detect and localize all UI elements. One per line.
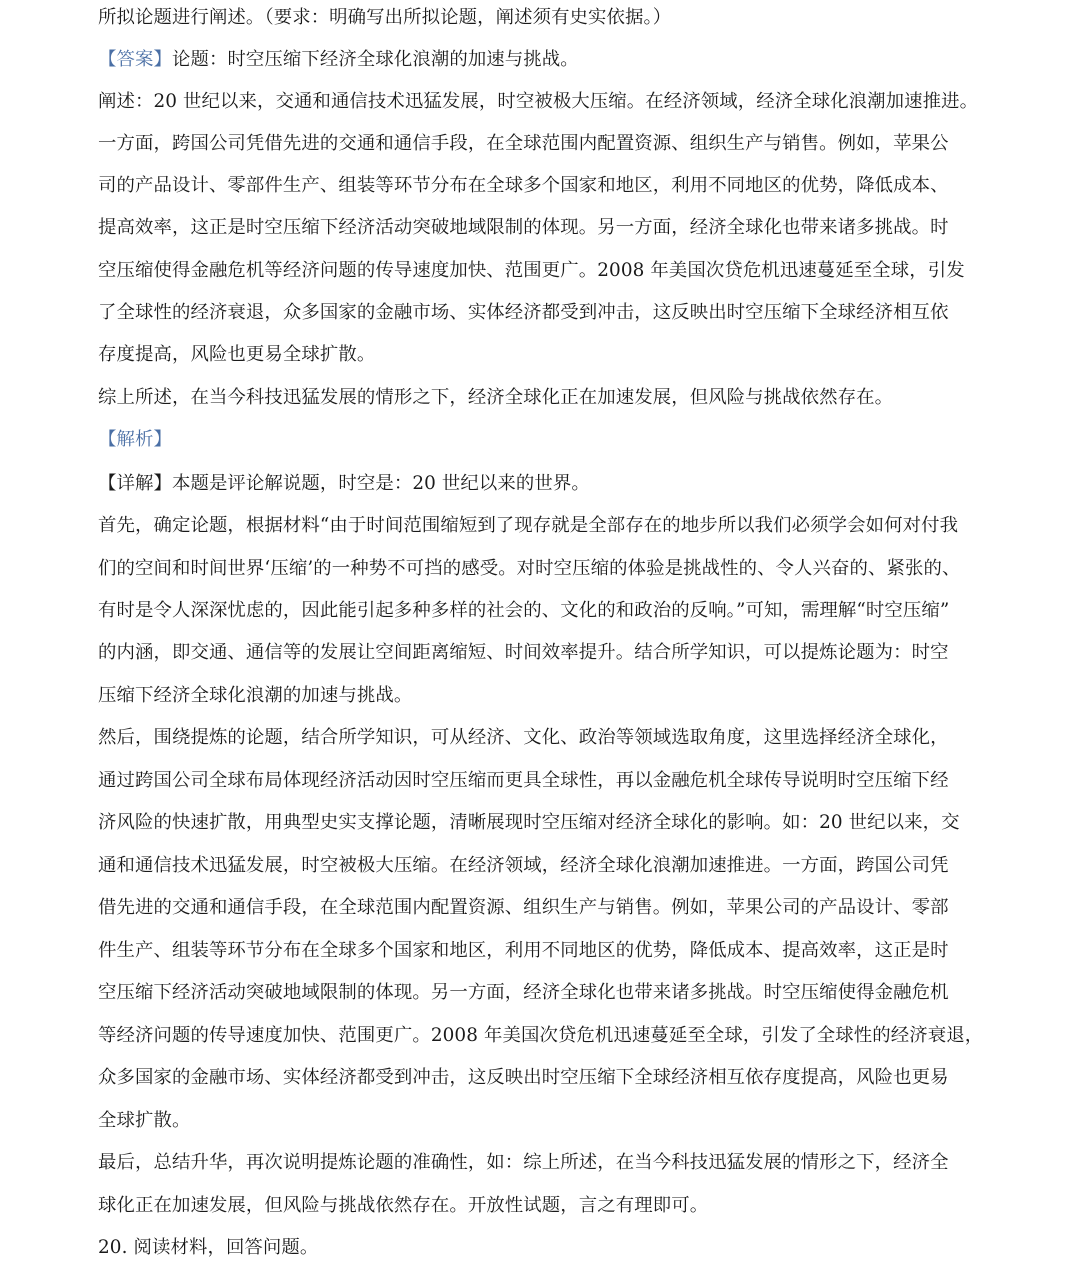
body-text: 综上所述，在当今科技迅猛发展的情形之下，经济全球化正在加速发展，但风险与挑战依然… <box>98 387 893 408</box>
body-text: 借先进的交通和通信手段，在全球范围内配置资源、组织生产与销售。例如，苹果公司的产… <box>98 897 949 918</box>
body-text: 们的空间和时间世界‘压缩’的一种势不可挡的感受。对时空压缩的体验是挑战性的、令人… <box>98 558 960 579</box>
text-line: 【答案】论题：时空压缩下经济全球化浪潮的加速与挑战。 <box>98 48 579 72</box>
text-line: 最后，总结升华，再次说明提炼论题的准确性，如：综上所述，在当今科技迅猛发展的情形… <box>98 1151 949 1175</box>
body-text: 所拟论题进行阐述。（要求：明确写出所拟论题，阐述须有史实依据。） <box>98 7 671 28</box>
text-line: 压缩下经济全球化浪潮的加速与挑战。 <box>98 684 412 708</box>
text-line: 全球扩散。 <box>98 1109 190 1133</box>
body-text: 空压缩使得金融危机等经济问题的传导速度加快、范围更广。2008 年美国次贷危机迅… <box>98 260 965 281</box>
body-text: 然后，围绕提炼的论题，结合所学知识，可从经济、文化、政治等领域选取角度，这里选择… <box>98 727 949 748</box>
body-text: 一方面，跨国公司凭借先进的交通和通信手段，在全球范围内配置资源、组织生产与销售。… <box>98 133 949 154</box>
body-text: 通和通信技术迅猛发展，时空被极大压缩。在经济领域，经济全球化浪潮加速推进。一方面… <box>98 855 949 876</box>
body-text: 压缩下经济全球化浪潮的加速与挑战。 <box>98 685 412 706</box>
text-line: 【解析】 <box>98 428 172 452</box>
section-tag: 【答案】 <box>98 49 172 70</box>
section-tag: 【解析】 <box>98 429 172 450</box>
text-line: 济风险的快速扩散，用典型史实支撑论题，清晰展现时空压缩对经济全球化的影响。如：2… <box>98 811 960 835</box>
body-text: 众多国家的金融市场、实体经济都受到冲击，这反映出时空压缩下全球经济相互依存度提高… <box>98 1067 949 1088</box>
text-line: 空压缩使得金融危机等经济问题的传导速度加快、范围更广。2008 年美国次贷危机迅… <box>98 259 965 283</box>
body-text: 件生产、组装等环节分布在全球多个国家和地区，利用不同地区的优势，降低成本、提高效… <box>98 940 949 961</box>
text-line: 的内涵，即交通、通信等的发展让空间距离缩短、时间效率提升。结合所学知识，可以提炼… <box>98 641 949 665</box>
text-line: 众多国家的金融市场、实体经济都受到冲击，这反映出时空压缩下全球经济相互依存度提高… <box>98 1066 949 1090</box>
body-text: 存度提高，风险也更易全球扩散。 <box>98 344 375 365</box>
text-line: 借先进的交通和通信手段，在全球范围内配置资源、组织生产与销售。例如，苹果公司的产… <box>98 896 949 920</box>
body-text: 通过跨国公司全球布局体现经济活动因时空压缩而更具全球性，再以金融危机全球传导说明… <box>98 770 949 791</box>
body-text: 20. 阅读材料，回答问题。 <box>98 1237 318 1258</box>
body-text: 济风险的快速扩散，用典型史实支撑论题，清晰展现时空压缩对经济全球化的影响。如：2… <box>98 812 960 833</box>
text-line: 了全球性的经济衰退，众多国家的金融市场、实体经济都受到冲击，这反映出时空压缩下全… <box>98 301 949 325</box>
text-line: 所拟论题进行阐述。（要求：明确写出所拟论题，阐述须有史实依据。） <box>98 6 671 30</box>
body-text: 球化正在加速发展，但风险与挑战依然存在。开放性试题，言之有理即可。 <box>98 1195 708 1216</box>
body-text: 全球扩散。 <box>98 1110 190 1131</box>
text-line: 阐述：20 世纪以来，交通和通信技术迅猛发展，时空被极大压缩。在经济领域，经济全… <box>98 90 978 114</box>
text-line: 有时是令人深深忧虑的，因此能引起多种多样的社会的、文化的和政治的反响。”可知，需… <box>98 599 949 623</box>
text-line: 20. 阅读材料，回答问题。 <box>98 1236 318 1260</box>
text-line: 存度提高，风险也更易全球扩散。 <box>98 343 375 367</box>
body-text: 空压缩下经济活动突破地域限制的体现。另一方面，经济全球化也带来诸多挑战。时空压缩… <box>98 982 949 1003</box>
text-line: 司的产品设计、零部件生产、组装等环节分布在全球多个国家和地区，利用不同地区的优势… <box>98 174 949 198</box>
text-line: 一方面，跨国公司凭借先进的交通和通信手段，在全球范围内配置资源、组织生产与销售。… <box>98 132 949 156</box>
body-text: 有时是令人深深忧虑的，因此能引起多种多样的社会的、文化的和政治的反响。”可知，需… <box>98 600 949 621</box>
text-line: 然后，围绕提炼的论题，结合所学知识，可从经济、文化、政治等领域选取角度，这里选择… <box>98 726 949 750</box>
text-line: 提高效率，这正是时空压缩下经济活动突破地域限制的体现。另一方面，经济全球化也带来… <box>98 216 949 240</box>
text-line: 首先，确定论题，根据材料“由于时间范围缩短到了现存就是全部存在的地步所以我们必须… <box>98 514 958 538</box>
text-line: 件生产、组装等环节分布在全球多个国家和地区，利用不同地区的优势，降低成本、提高效… <box>98 939 949 963</box>
body-text: 阐述：20 世纪以来，交通和通信技术迅猛发展，时空被极大压缩。在经济领域，经济全… <box>98 91 978 112</box>
body-text: 提高效率，这正是时空压缩下经济活动突破地域限制的体现。另一方面，经济全球化也带来… <box>98 217 949 238</box>
body-text: 论题：时空压缩下经济全球化浪潮的加速与挑战。 <box>172 49 579 70</box>
body-text: 最后，总结升华，再次说明提炼论题的准确性，如：综上所述，在当今科技迅猛发展的情形… <box>98 1152 949 1173</box>
text-line: 等经济问题的传导速度加快、范围更广。2008 年美国次贷危机迅速蔓延至全球，引发… <box>98 1024 983 1048</box>
text-line: 通过跨国公司全球布局体现经济活动因时空压缩而更具全球性，再以金融危机全球传导说明… <box>98 769 949 793</box>
body-text: 等经济问题的传导速度加快、范围更广。2008 年美国次贷危机迅速蔓延至全球，引发… <box>98 1025 983 1046</box>
body-text: 【详解】本题是评论解说题，时空是：20 世纪以来的世界。 <box>98 473 590 494</box>
body-text: 首先，确定论题，根据材料“由于时间范围缩短到了现存就是全部存在的地步所以我们必须… <box>98 515 958 536</box>
body-text: 了全球性的经济衰退，众多国家的金融市场、实体经济都受到冲击，这反映出时空压缩下全… <box>98 302 949 323</box>
text-line: 们的空间和时间世界‘压缩’的一种势不可挡的感受。对时空压缩的体验是挑战性的、令人… <box>98 557 960 581</box>
text-line: 球化正在加速发展，但风险与挑战依然存在。开放性试题，言之有理即可。 <box>98 1194 708 1218</box>
text-line: 通和通信技术迅猛发展，时空被极大压缩。在经济领域，经济全球化浪潮加速推进。一方面… <box>98 854 949 878</box>
text-line: 综上所述，在当今科技迅猛发展的情形之下，经济全球化正在加速发展，但风险与挑战依然… <box>98 386 893 410</box>
text-line: 【详解】本题是评论解说题，时空是：20 世纪以来的世界。 <box>98 472 590 496</box>
body-text: 司的产品设计、零部件生产、组装等环节分布在全球多个国家和地区，利用不同地区的优势… <box>98 175 949 196</box>
text-line: 空压缩下经济活动突破地域限制的体现。另一方面，经济全球化也带来诸多挑战。时空压缩… <box>98 981 949 1005</box>
body-text: 的内涵，即交通、通信等的发展让空间距离缩短、时间效率提升。结合所学知识，可以提炼… <box>98 642 949 663</box>
